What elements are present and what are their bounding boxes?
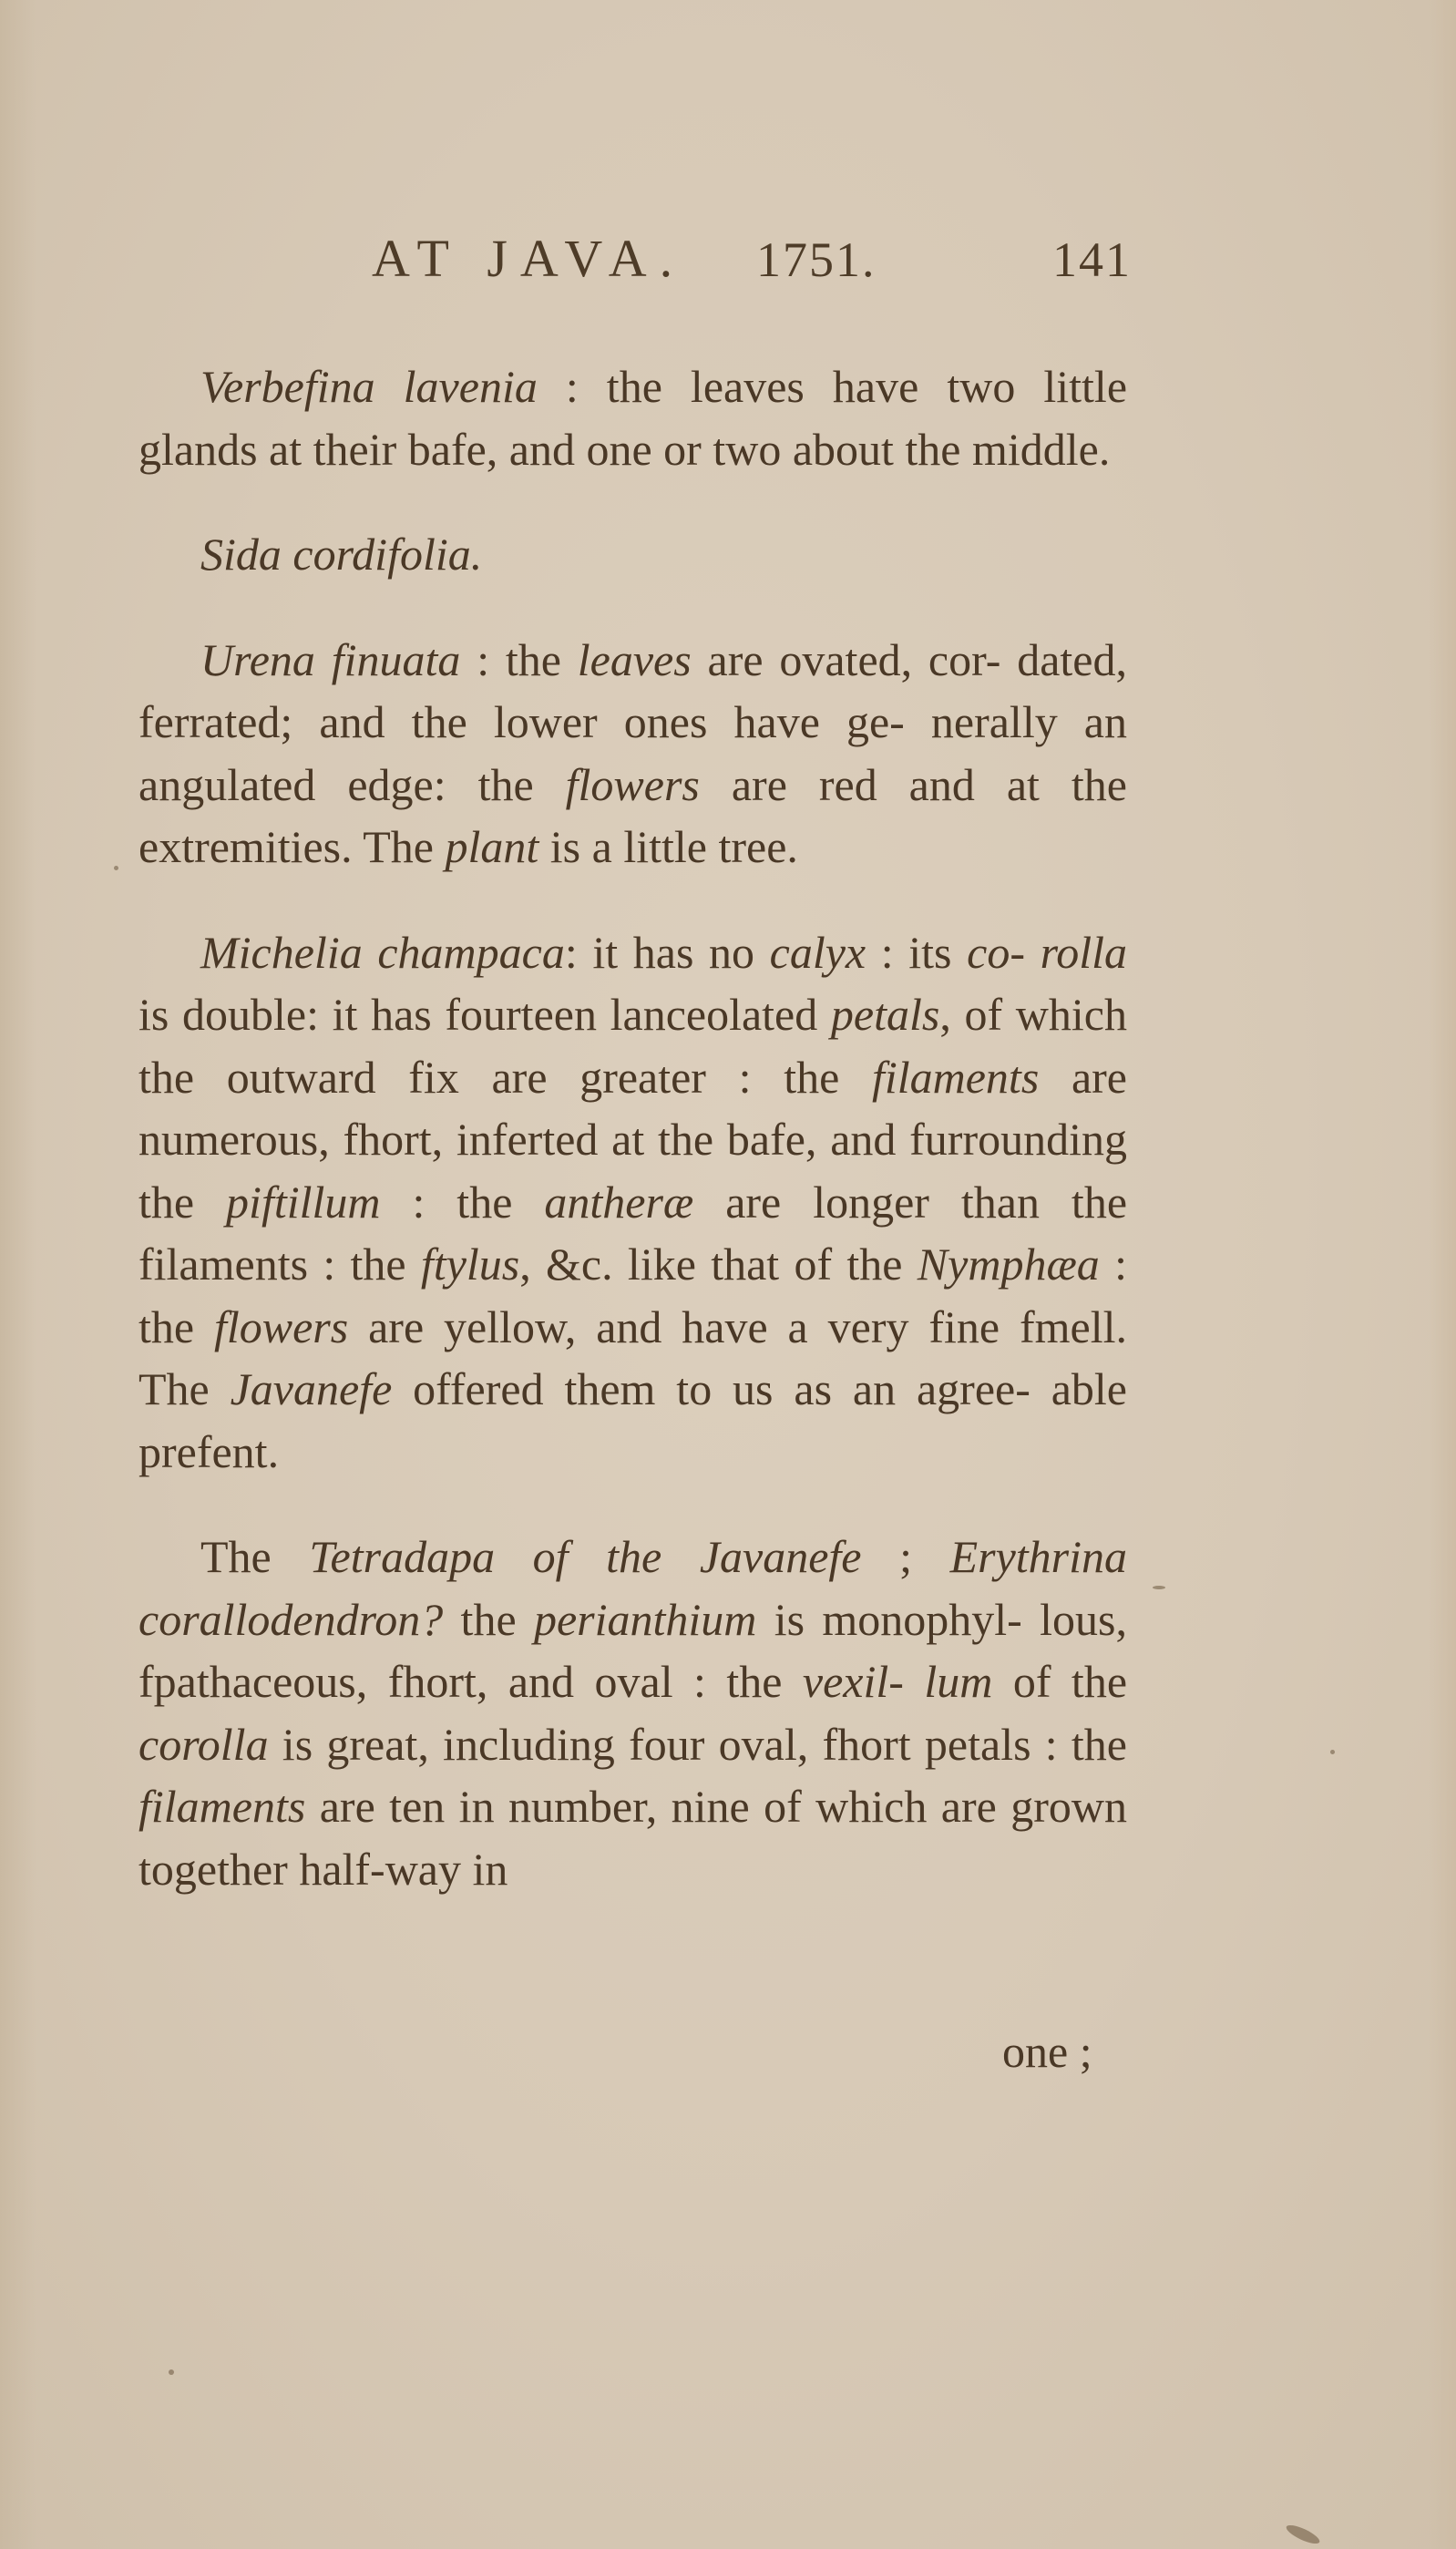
italic-term: leaves	[578, 634, 692, 685]
italic-term: antheræ	[544, 1177, 693, 1228]
paragraph-urena: Urena finuata : the leaves are ovated, c…	[138, 629, 1127, 879]
text-run: of the	[992, 1656, 1127, 1707]
catchword: one ;	[1002, 2025, 1092, 2078]
italic-term: Verbefina lavenia	[200, 361, 538, 412]
text-run: : it has no	[565, 927, 770, 978]
italic-term: Sida cordifolia.	[200, 529, 482, 580]
page-header: AT JAVA. 1751. 141	[364, 228, 1139, 301]
header-year: 1751.	[756, 231, 877, 288]
text-run: : the	[460, 634, 577, 685]
paragraph-michelia: Michelia champaca: it has no calyx : its…	[138, 921, 1127, 1484]
italic-term: ftylus	[421, 1239, 519, 1290]
paper-speck	[1284, 2522, 1321, 2547]
italic-term: calyx	[770, 927, 866, 978]
italic-term: piftillum	[226, 1177, 380, 1228]
italic-term: Tetradapa of the Javanefe	[309, 1531, 861, 1582]
paragraph-sida: Sida cordifolia.	[138, 523, 1127, 586]
italic-term: co- rolla	[967, 927, 1127, 978]
paper-speck	[169, 2369, 174, 2375]
text-run: the	[443, 1594, 534, 1645]
italic-term: corolla	[138, 1719, 269, 1770]
text-run: ;	[861, 1531, 949, 1582]
paragraph-tetradapa: The Tetradapa of the Javanefe ; Erythrin…	[138, 1526, 1127, 1900]
italic-term: perianthium	[534, 1594, 756, 1645]
italic-term: flowers	[214, 1301, 348, 1352]
book-page: AT JAVA. 1751. 141 Verbefina lavenia : t…	[0, 0, 1456, 2549]
running-head: AT JAVA.	[372, 228, 685, 289]
text-run: : the	[381, 1177, 545, 1228]
italic-term: Javanefe	[231, 1363, 393, 1414]
italic-term: petals	[831, 989, 939, 1040]
italic-term: flowers	[566, 759, 700, 810]
body-text: Verbefina lavenia : the leaves have two …	[138, 355, 1127, 1943]
paper-speck	[114, 866, 118, 870]
text-run: , &c. like that of the	[519, 1239, 918, 1290]
paper-speck	[1330, 1750, 1335, 1754]
italic-term: Urena finuata	[200, 634, 460, 685]
italic-term: filaments	[138, 1781, 305, 1832]
text-run: : its	[866, 927, 967, 978]
italic-term: Nymphæa	[918, 1239, 1100, 1290]
paper-speck	[1153, 1586, 1165, 1589]
text-run: is great, including four oval, fhort pet…	[269, 1719, 1127, 1770]
italic-term: filaments	[872, 1052, 1039, 1103]
italic-term: Michelia champaca	[200, 927, 565, 978]
paragraph-verbesina: Verbefina lavenia : the leaves have two …	[138, 355, 1127, 480]
text-run: is a little tree.	[538, 821, 798, 872]
italic-term: plant	[445, 821, 538, 872]
page-number: 141	[1052, 231, 1132, 288]
text-run: The	[200, 1531, 309, 1582]
text-run: is double: it has fourteen lanceolated	[138, 989, 831, 1040]
italic-term: vexil- lum	[803, 1656, 992, 1707]
